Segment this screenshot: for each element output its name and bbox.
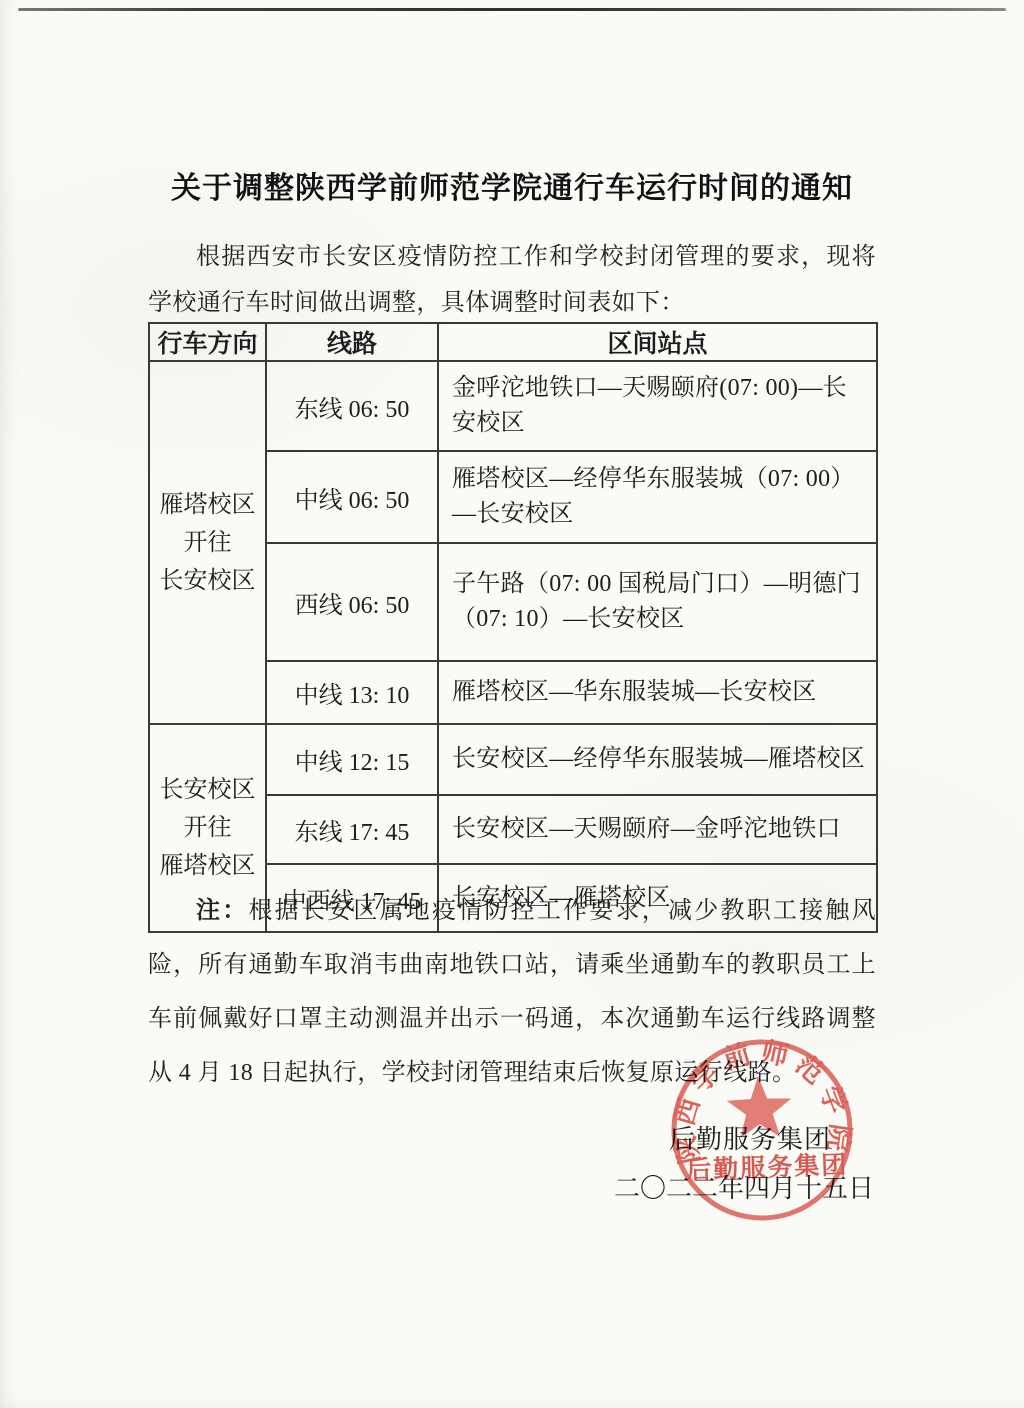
- route-cell: 雁塔校区—经停华东服装城（07: 00）—长安校区: [438, 451, 877, 543]
- direction-cell-yanta-to-changan: 雁塔校区 开往 长安校区: [149, 361, 266, 724]
- document-title: 关于调整陕西学前师范学院通行车运行时间的通知: [0, 163, 1024, 207]
- table-row: 雁塔校区 开往 长安校区 东线 06: 50 金呼沱地铁口—天赐颐府(07: 0…: [149, 361, 877, 451]
- route-cell: 长安校区—天赐颐府—金呼沱地铁口: [438, 795, 877, 864]
- stamp-star-icon: [726, 1075, 793, 1139]
- line-cell: 中线 06: 50: [266, 451, 438, 543]
- col-header-line: 线路: [266, 323, 438, 361]
- table-header-row: 行车方向 线路 区间站点: [149, 323, 877, 361]
- line-cell: 东线 06: 50: [266, 361, 438, 451]
- table-row: 长安校区 开往 雁塔校区 中线 12: 15 长安校区—经停华东服装城—雁塔校区: [149, 724, 877, 795]
- line-cell: 东线 17: 45: [266, 795, 438, 864]
- scanned-notice-page: 关于调整陕西学前师范学院通行车运行时间的通知 根据西安市长安区疫情防控工作和学校…: [0, 0, 1024, 1408]
- note-label: 注：: [196, 898, 248, 924]
- line-cell: 中线 12: 15: [266, 724, 438, 795]
- line-cell: 中线 13: 10: [266, 661, 438, 724]
- stamp-inner-text: 后勤服务集团: [686, 1150, 849, 1185]
- line-cell: 西线 06: 50: [266, 543, 438, 661]
- route-cell: 长安校区—经停华东服装城—雁塔校区: [438, 724, 877, 795]
- route-cell: 子午路（07: 00 国税局门口）—明德门（07: 10）—长安校区: [438, 543, 877, 661]
- shuttle-schedule-table: 行车方向 线路 区间站点 雁塔校区 开往 长安校区 东线 06: 50 金呼沱地…: [148, 322, 878, 933]
- route-cell: 金呼沱地铁口—天赐颐府(07: 00)—长安校区: [438, 361, 877, 451]
- official-seal-stamp: 陕西学前师范学院 后勤服务集团: [661, 1029, 864, 1232]
- scan-edge-artifact: [18, 8, 1006, 11]
- route-cell: 雁塔校区—华东服装城—长安校区: [438, 661, 877, 724]
- col-header-stations: 区间站点: [438, 323, 877, 361]
- col-header-direction: 行车方向: [149, 323, 266, 361]
- intro-paragraph: 根据西安市长安区疫情防控工作和学校封闭管理的要求，现将学校通行车时间做出调整，具…: [148, 234, 876, 326]
